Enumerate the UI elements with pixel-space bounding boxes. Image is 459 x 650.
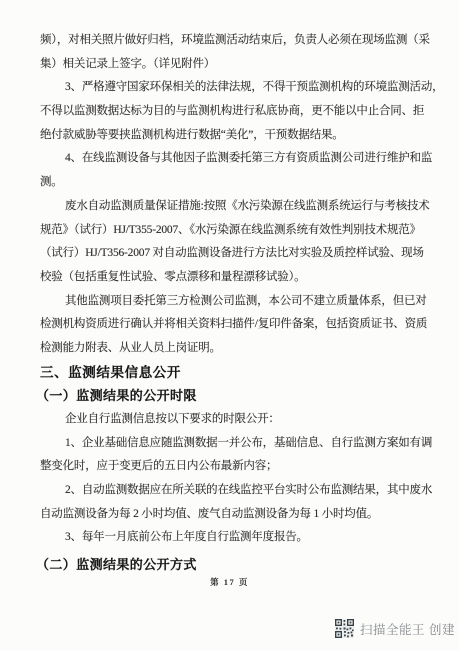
text-line: 2、自动监测数据应在所关联的在线监控平台实时公布监测结果，其中废水 [40,479,425,503]
scanner-watermark: 扫描全能王 创建 [335,619,455,638]
subsection-heading: （一）监测结果的公开时限 [36,384,425,408]
text-line: 4、在线监测设备与其他因子监测委托第三方有资质监测公司进行维护和监 [40,147,425,171]
qr-code-icon [335,619,354,638]
text-line: 频），对相关照片做好归档，环境监测活动结束后，负责人必须在现场监测（采 [40,29,425,53]
text-line: 测。 [40,171,425,195]
text-line: （试行）HJ/T356-2007 对自动监测设备进行方法比对实验及质控样试验、现… [40,242,425,266]
text-line: 1、企业基础信息应随监测数据一并公布，基础信息、自行监测方案如有调 [40,432,425,456]
text-line: 集）相关记录上签字。（详见附件） [40,53,425,77]
text-line: 其他监测项目委托第三方检测公司监测，本公司不建立质量体系，但已对 [40,290,425,314]
text-line: 3、严格遵守国家环保相关的法律法规，不得干预监测机构的环境监测活动， [40,76,425,100]
text-line: 废水自动监测质量保证措施:按照《水污染源在线监测系统运行与考核技术 [40,195,425,219]
text-line: 不得以监测数据达标为目的与监测机构进行私底协商，更不能以中止合同、拒 [40,100,425,124]
watermark-label: 扫描全能王 创建 [360,620,455,638]
document-page: 频），对相关照片做好归档，环境监测活动结束后，负责人必须在现场监测（采 集）相关… [0,0,459,650]
text-line: 规范》（试行）HJ/T355-2007、《水污染源在线监测系统有效性判别技术规范… [40,219,425,243]
text-line: 检测机构资质进行确认并将相关资料扫描件/复印件备案，包括资质证书、资质 [40,313,425,337]
text-line: 自动监测设备为每 2 小时均值、废气自动监测设备为每 1 小时均值。 [40,503,425,527]
text-line: 绝付款威胁等要挟监测机构进行数据“美化”，干预数据结果。 [40,124,425,148]
text-line: 整变化时，应于变更后的五日内公布最新内容； [40,455,425,479]
text-line: 3、每年一月底前公布上年度自行监测年度报告。 [40,526,425,550]
text-line: 检测能力附表、从业人员上岗证明。 [40,337,425,361]
page-number: 第 17 页 [0,576,459,588]
document-body: 频），对相关照片做好归档，环境监测活动结束后，负责人必须在现场监测（采 集）相关… [40,29,425,577]
section-heading: 三、监测结果信息公开 [40,361,425,385]
text-line: 校验（包括重复性试验、零点漂移和量程漂移试验）。 [40,266,425,290]
text-line: 企业自行监测信息按以下要求的时限公开： [40,408,425,432]
subsection-heading: （二）监测结果的公开方式 [36,553,425,577]
